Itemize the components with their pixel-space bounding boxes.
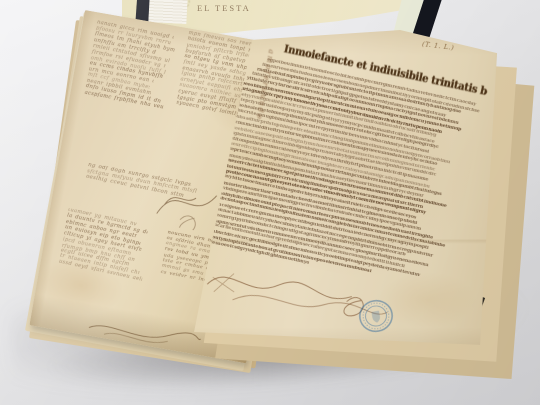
- handwriting-block: tuamoer yg mitauuc nvyiynot ncv gm mitrl…: [52, 208, 163, 319]
- library-stamp: [352, 293, 400, 340]
- handwriting-block: hanatn gicca rim uooigd cttiſyr ſvs guhg…: [77, 20, 184, 151]
- book-title: EL TESTA: [197, 3, 251, 13]
- photo-scene: EL TESTA hanatn gicca rim uooigd cttiſyr…: [0, 0, 540, 405]
- book-pages-edge: [148, 0, 187, 24]
